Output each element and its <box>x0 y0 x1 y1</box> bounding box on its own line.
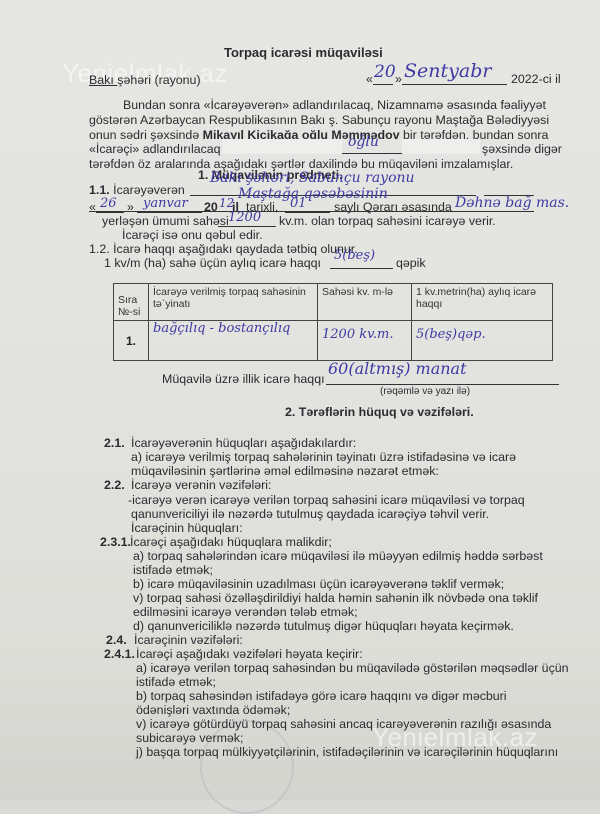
intro-line-4-post: şəxsində digər <box>482 142 562 156</box>
clause-2-4: İcarəçinin vəzifələri: <box>134 633 243 647</box>
area-post: kv.m. olan torpaq sahəsini icarəyə verir… <box>279 214 496 228</box>
tenant-patronymic: oğlu <box>348 134 379 150</box>
header-number: Sıra №-si <box>114 284 149 321</box>
clause-2-3-1-d: d) qanunvericiliklə nəzərdə tutulmuş dig… <box>133 619 514 633</box>
clause-2-3-1-a-line2: istifadə etmək; <box>133 563 213 577</box>
monthly-rent-label: 1 kv/m (ha) sahə üçün aylıq icarə haqqı <box>104 256 321 270</box>
tenant-accepts: İcarəçi isə onu qəbul edir. <box>122 228 263 242</box>
clause-2-3-1: İcarəçi aşağıdakı hüquqlara malikdir; <box>130 535 332 549</box>
clause-2-4-1-a-line1: a) icarəyə verilən torpaq sahəsindən bu … <box>136 661 569 675</box>
location-rest: şəhəri (rayonu) <box>117 73 200 87</box>
clause-1-2: 1.2. İcarə haqqı aşağıdakı qaydada tətbi… <box>89 242 358 256</box>
clause-2-4-1-v-line1: v) icarəyə götürdüyü torpaq sahəsini anc… <box>136 717 551 731</box>
handwritten-area-name: Dəhnə bağ mas. <box>455 195 569 211</box>
clause-2-1-a-line2: müqaviləsinin şərtlərinə əməl edilməsinə… <box>131 464 439 478</box>
clause-2-3-1-number: 2.3.1. <box>100 535 131 549</box>
header-purpose: İcarəyə verilmiş torpaq sahəsinin tə`yin… <box>149 284 318 321</box>
decision-day-line <box>96 212 124 213</box>
row-number: 1. <box>114 321 149 361</box>
intro-line-1: Bundan sonra «İcarəyəverən» adlandırılac… <box>123 98 546 112</box>
clause-2-4-1-a-line2: istifadə etmək; <box>136 675 216 689</box>
clause-2-4-1-b-line2: ödənişləri vaxtında ödəmək; <box>136 703 290 717</box>
date-day-line <box>373 84 393 85</box>
clause-2-4-1-b-line1: b) torpaq sahəsindən istifadəyə görə ica… <box>136 689 507 703</box>
monthly-rent-unit: qəpik <box>396 256 426 270</box>
monthly-rent-value: 5(beş) <box>334 248 375 263</box>
date-day: 20 <box>374 62 396 82</box>
clause-1-1-label: İcarəyəverən <box>113 183 185 197</box>
decision-text: saylı Qərarı əsasında <box>334 200 452 214</box>
total-area-value: 1200 <box>228 210 261 225</box>
redacted-tenant-surname <box>402 139 480 154</box>
clause-2-1-number: 2.1. <box>104 436 125 450</box>
date-open-quote: « <box>366 72 373 86</box>
location-line: Bakı şəhəri (rayonu) <box>89 73 201 87</box>
header-area: Sahəsi kv. m-lə <box>318 284 412 321</box>
row-purpose: bağçılıq - bostançılıq <box>149 321 318 361</box>
clause-2-2: İcarəyə verənin vəzifələri: <box>131 478 272 492</box>
decision-year-prefix: 20 <box>204 200 218 214</box>
area-line <box>218 226 276 227</box>
area-label: yerləşən ümumi sahəsi <box>102 214 229 228</box>
date-month-line <box>402 84 507 85</box>
table-row: 1. bağçılıq - bostançılıq 1200 kv.m. 5(b… <box>114 321 553 361</box>
clause-1-1: 1.1. İcarəyəverən <box>89 183 185 197</box>
intro-line-2: göstərən Azərbaycan Respublikasının Bakı… <box>89 113 549 127</box>
tenant-line <box>342 153 402 154</box>
decision-number: 01 <box>290 196 307 211</box>
annual-rent-note: (rəqəmlə və yazı ilə) <box>380 385 470 399</box>
date-close-quote: » <box>395 72 402 86</box>
land-table: Sıra №-si İcarəyə verilmiş torpaq sahəsi… <box>113 283 553 361</box>
clause-2-3-title: İcarəçinin hüquqları: <box>131 521 243 535</box>
date-month: Sentyabr <box>404 60 491 82</box>
handwritten-location-1: Bakı şəhəri, Sabunçu rayonu <box>210 170 415 186</box>
clause-2-3-1-v-line2: edilməsini icarəyə verəndən tələb etmək; <box>133 605 358 619</box>
redacted-tenant-name <box>222 139 342 154</box>
row-area: 1200 kv.m. <box>318 321 412 361</box>
clause-2-2-line1: -icarəyə verən icarəyə verilən torpaq sa… <box>128 493 525 507</box>
intro-line-3-pre: onun sədri şəxsində <box>89 128 203 142</box>
document-title: Torpaq icarəsi müqaviləsi <box>224 46 383 60</box>
intro-line-4-pre: «İcarəçi» adlandırılacaq <box>89 142 221 156</box>
clause-1-1-number: 1.1. <box>89 183 110 197</box>
clause-2-4-1-v-line2: subicarəyə vermək; <box>136 731 243 745</box>
decision-month: yanvar <box>143 196 188 211</box>
clause-2-3-1-a-line1: a) torpaq sahələrindən icarə müqaviləsi … <box>133 549 543 563</box>
decision-number-line <box>285 212 330 213</box>
clause-2-4-1: İcarəçi aşağıdakı vəzifələri həyata keçi… <box>136 647 363 661</box>
clause-2-3-1-b: b) icarə müqaviləsinin uzadılması üçün i… <box>133 577 504 591</box>
clause-2-1-a-line1: a) icarəyə verilmiş torpaq sahələrinin t… <box>131 450 516 464</box>
header-rent: 1 kv.metrin(ha) aylıq icarə haqqı <box>412 284 553 321</box>
location-place: Bakı <box>89 73 117 87</box>
section-2-heading: 2. Tərəflərin hüquq və vəzifələri. <box>285 405 474 419</box>
decision-open: « <box>89 200 96 214</box>
decision-day: 26 <box>100 196 117 211</box>
clause-2-3-1-v-line1: v) torpaq sahəsi özəlləşdirildiyi halda … <box>133 591 538 605</box>
table-header-row: Sıra №-si İcarəyə verilmiş torpaq sahəsi… <box>114 284 553 321</box>
decision-close: » <box>127 200 134 214</box>
clause-2-4-number: 2.4. <box>106 633 127 647</box>
annual-rent-label: Müqavilə üzrə illik icarə haqqı <box>162 372 325 386</box>
clause-2-4-1-j: j) başqa torpaq mülkiyyətçilərinin, isti… <box>136 745 558 759</box>
monthly-rent-line <box>330 268 393 269</box>
clause-2-2-line2: qanunvericiliyi ilə nəzərdə tutulmuş qay… <box>131 507 489 521</box>
decision-month-line <box>137 212 202 213</box>
contract-page: Yenielmlak.az Yenielmlak.az Torpaq icarə… <box>0 0 600 800</box>
clause-2-2-number: 2.2. <box>104 478 125 492</box>
clause-2-1: İcarəyəverənin hüquqları aşağıdakılardır… <box>131 436 356 450</box>
annual-rent-value: 60(altmış) manat <box>328 359 467 378</box>
date-year: 2022-ci il <box>511 72 561 86</box>
row-rent: 5(beş)qəp. <box>412 321 553 361</box>
clause-2-4-1-number: 2.4.1. <box>104 647 135 661</box>
